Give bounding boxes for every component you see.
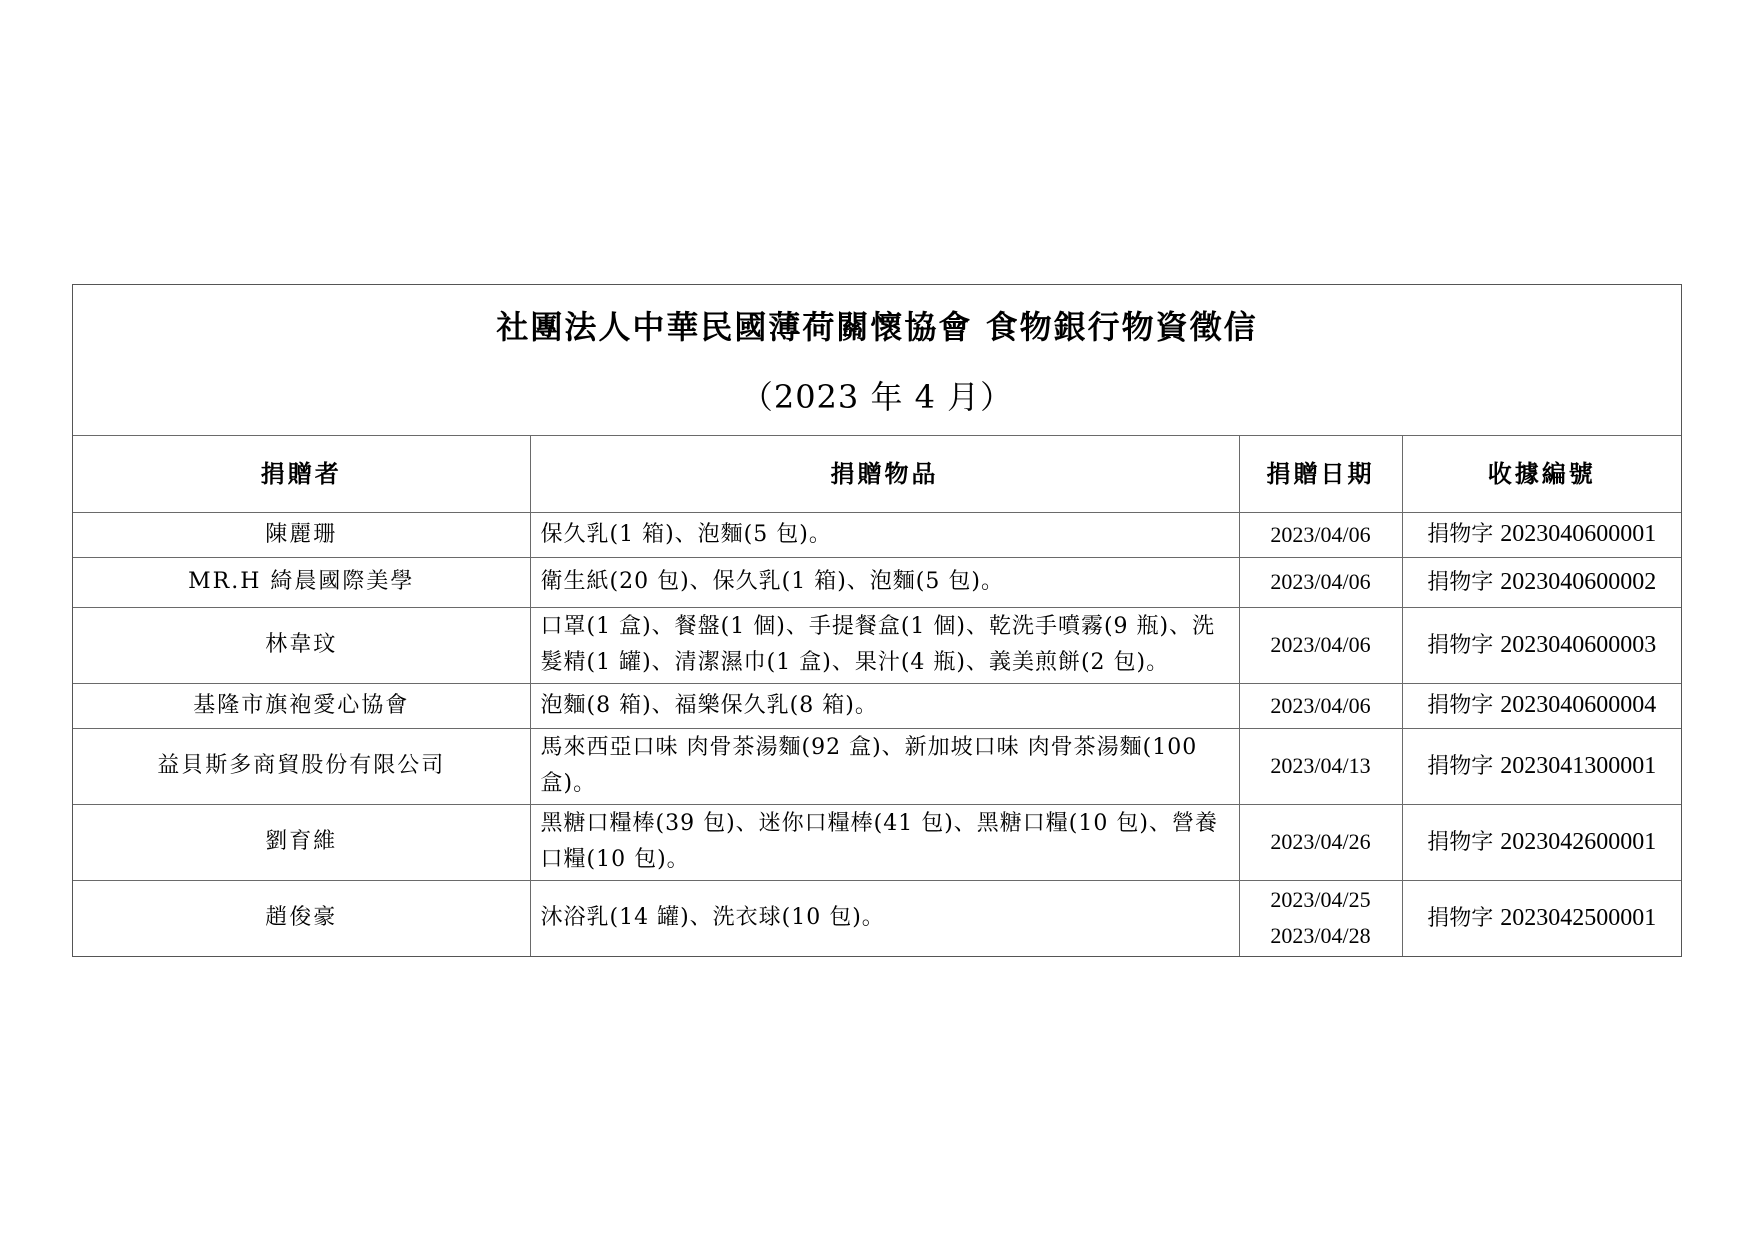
receipt-cell: 捐物字 2023041300001 xyxy=(1402,728,1681,804)
receipt-prefix: 捐物字 xyxy=(1427,693,1493,718)
items-cell: 口罩(1 盒)、餐盤(1 個)、手提餐盒(1 個)、乾洗手噴霧(9 瓶)、洗髮精… xyxy=(530,607,1239,683)
items-cell: 泡麵(8 箱)、福樂保久乳(8 箱)。 xyxy=(530,683,1239,728)
date-value: 2023/04/25 xyxy=(1250,882,1392,918)
table-row: MR.H 綺晨國際美學 衛生紙(20 包)、保久乳(1 箱)、泡麵(5 包)。 … xyxy=(73,557,1681,607)
receipt-prefix: 捐物字 xyxy=(1427,754,1493,779)
items-cell: 黑糖口糧棒(39 包)、迷你口糧棒(41 包)、黑糖口糧(10 包)、營養口糧(… xyxy=(530,804,1239,880)
date-value: 2023/04/06 xyxy=(1250,564,1392,600)
receipt-number: 2023040600001 xyxy=(1500,521,1656,547)
date-cell: 2023/04/06 xyxy=(1239,683,1402,728)
date-value: 2023/04/26 xyxy=(1250,824,1392,860)
receipt-cell: 捐物字 2023040600002 xyxy=(1402,557,1681,607)
date-cell: 2023/04/13 xyxy=(1239,728,1402,804)
date-value: 2023/04/06 xyxy=(1250,627,1392,663)
receipt-number: 2023042600001 xyxy=(1500,829,1656,855)
date-cell: 2023/04/06 xyxy=(1239,607,1402,683)
receipt-cell: 捐物字 2023040600003 xyxy=(1402,607,1681,683)
table-row: 益貝斯多商貿股份有限公司 馬來西亞口味 肉骨茶湯麵(92 盒)、新加坡口味 肉骨… xyxy=(73,728,1681,804)
items-cell: 沐浴乳(14 罐)、洗衣球(10 包)。 xyxy=(530,880,1239,956)
date-cell: 2023/04/26 xyxy=(1239,804,1402,880)
date-value: 2023/04/06 xyxy=(1250,517,1392,553)
donor-cell: 益貝斯多商貿股份有限公司 xyxy=(73,728,530,804)
report-title: 社團法人中華民國薄荷關懷協會 食物銀行物資徵信 xyxy=(73,305,1681,349)
date-cell: 2023/04/06 xyxy=(1239,557,1402,607)
donor-cell: 劉育維 xyxy=(73,804,530,880)
donor-cell: 林韋玟 xyxy=(73,607,530,683)
donor-cell: 基隆市旗袍愛心協會 xyxy=(73,683,530,728)
date-value: 2023/04/13 xyxy=(1250,748,1392,784)
date-cell: 2023/04/06 xyxy=(1239,512,1402,557)
receipt-cell: 捐物字 2023042600001 xyxy=(1402,804,1681,880)
table-row: 基隆市旗袍愛心協會 泡麵(8 箱)、福樂保久乳(8 箱)。 2023/04/06… xyxy=(73,683,1681,728)
items-cell: 保久乳(1 箱)、泡麵(5 包)。 xyxy=(530,512,1239,557)
date-cell: 2023/04/25 2023/04/28 xyxy=(1239,880,1402,956)
receipt-cell: 捐物字 2023042500001 xyxy=(1402,880,1681,956)
title-block: 社團法人中華民國薄荷關懷協會 食物銀行物資徵信 （2023 年 4 月） xyxy=(73,285,1681,436)
items-cell: 馬來西亞口味 肉骨茶湯麵(92 盒)、新加坡口味 肉骨茶湯麵(100 盒)。 xyxy=(530,728,1239,804)
receipt-prefix: 捐物字 xyxy=(1427,570,1493,595)
header-items: 捐贈物品 xyxy=(530,436,1239,512)
header-donor: 捐贈者 xyxy=(73,436,530,512)
date-value: 2023/04/06 xyxy=(1250,688,1392,724)
table-row: 趙俊豪 沐浴乳(14 罐)、洗衣球(10 包)。 2023/04/25 2023… xyxy=(73,880,1681,956)
table-header-row: 捐贈者 捐贈物品 捐贈日期 收據編號 xyxy=(73,436,1681,512)
items-cell: 衛生紙(20 包)、保久乳(1 箱)、泡麵(5 包)。 xyxy=(530,557,1239,607)
receipt-number: 2023040600003 xyxy=(1500,632,1656,658)
donation-table: 捐贈者 捐贈物品 捐贈日期 收據編號 陳麗珊 保久乳(1 箱)、泡麵(5 包)。… xyxy=(73,436,1681,956)
donation-report: 社團法人中華民國薄荷關懷協會 食物銀行物資徵信 （2023 年 4 月） 捐贈者… xyxy=(72,284,1682,957)
receipt-number: 2023041300001 xyxy=(1500,753,1656,779)
receipt-cell: 捐物字 2023040600004 xyxy=(1402,683,1681,728)
date-value: 2023/04/28 xyxy=(1250,918,1392,954)
receipt-prefix: 捐物字 xyxy=(1427,522,1493,547)
donor-cell: 趙俊豪 xyxy=(73,880,530,956)
report-period: （2023 年 4 月） xyxy=(73,375,1681,419)
receipt-prefix: 捐物字 xyxy=(1427,830,1493,855)
receipt-number: 2023042500001 xyxy=(1500,905,1656,931)
receipt-prefix: 捐物字 xyxy=(1427,906,1493,931)
receipt-cell: 捐物字 2023040600001 xyxy=(1402,512,1681,557)
table-row: 劉育維 黑糖口糧棒(39 包)、迷你口糧棒(41 包)、黑糖口糧(10 包)、營… xyxy=(73,804,1681,880)
donor-cell: MR.H 綺晨國際美學 xyxy=(73,557,530,607)
donor-cell: 陳麗珊 xyxy=(73,512,530,557)
table-row: 陳麗珊 保久乳(1 箱)、泡麵(5 包)。 2023/04/06 捐物字 202… xyxy=(73,512,1681,557)
table-row: 林韋玟 口罩(1 盒)、餐盤(1 個)、手提餐盒(1 個)、乾洗手噴霧(9 瓶)… xyxy=(73,607,1681,683)
header-receipt: 收據編號 xyxy=(1402,436,1681,512)
receipt-number: 2023040600002 xyxy=(1500,569,1656,595)
receipt-number: 2023040600004 xyxy=(1500,692,1656,718)
header-date: 捐贈日期 xyxy=(1239,436,1402,512)
receipt-prefix: 捐物字 xyxy=(1427,633,1493,658)
